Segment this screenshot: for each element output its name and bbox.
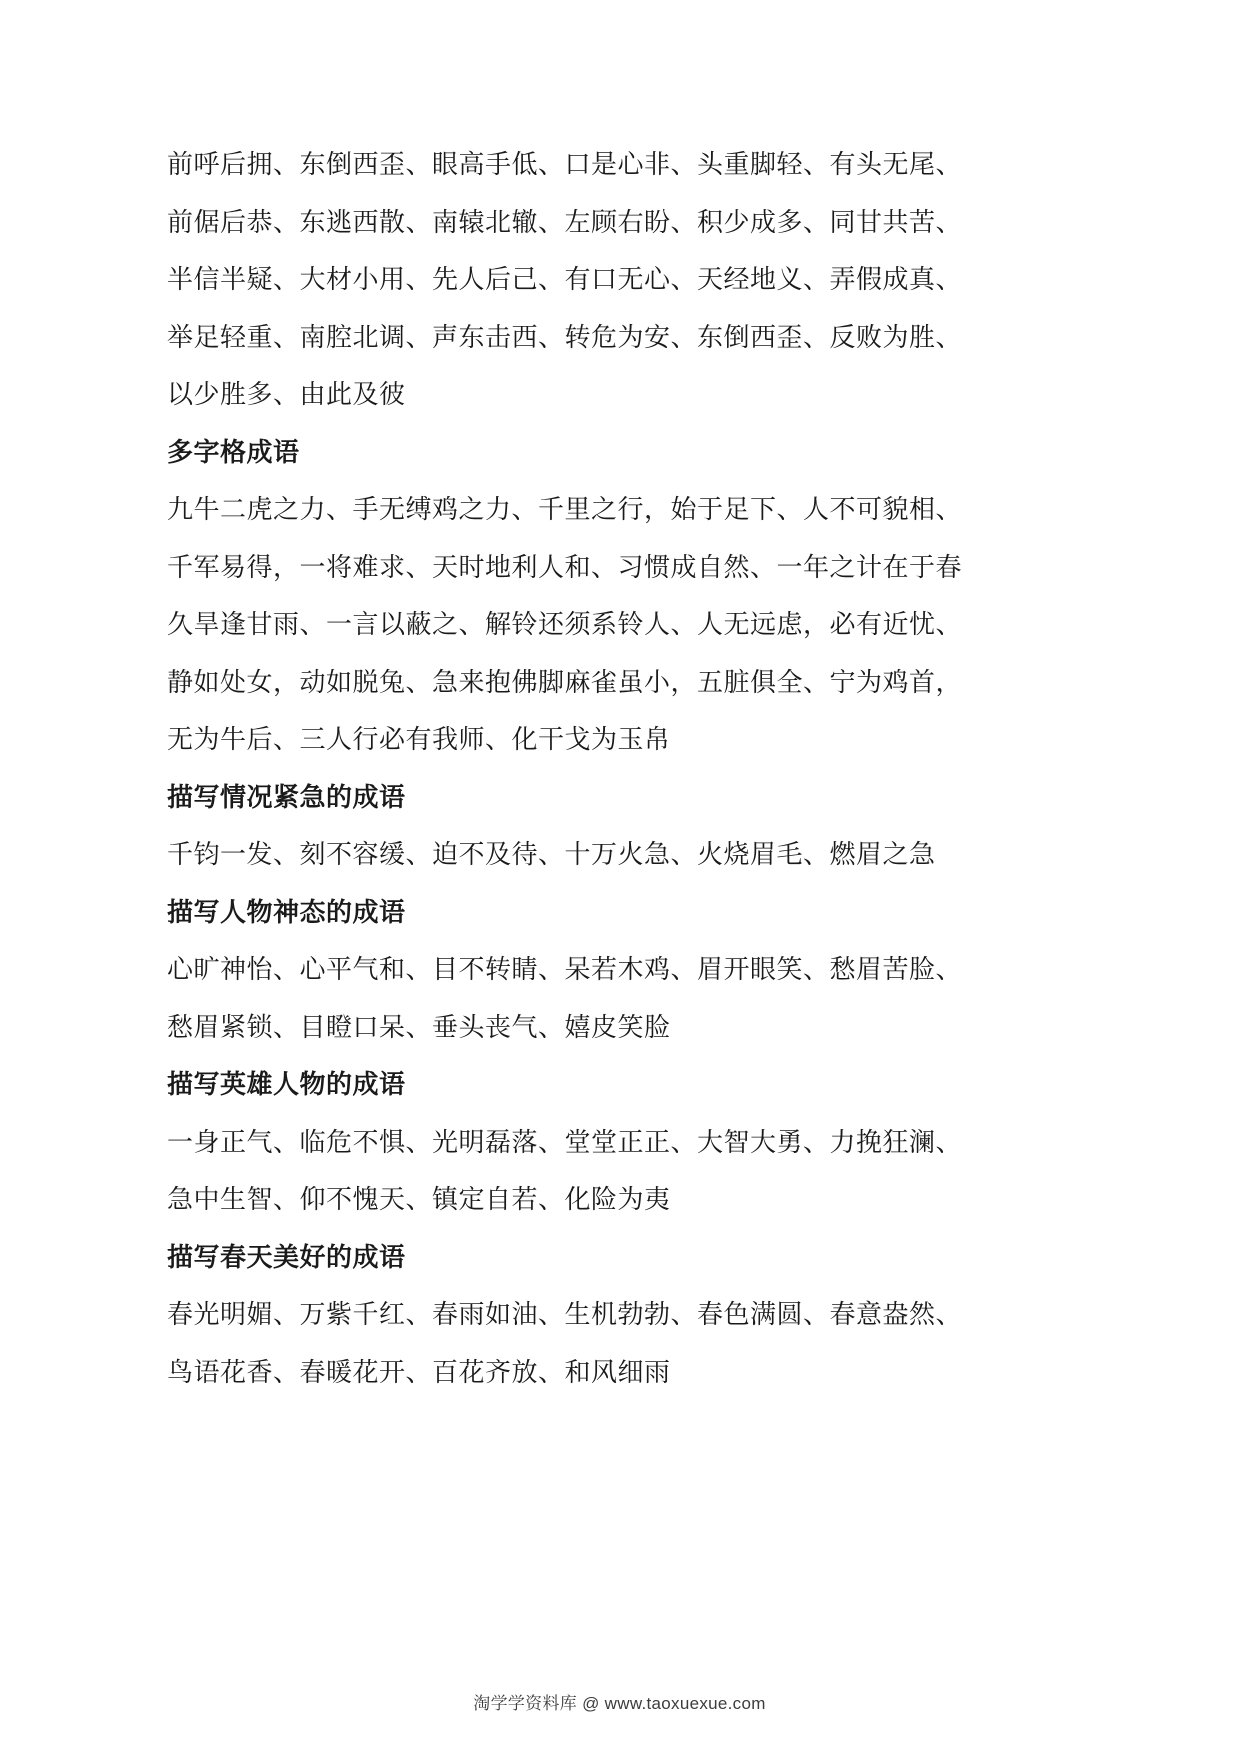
section-header: 描写英雄人物的成语 bbox=[167, 1056, 967, 1114]
idiom-line: 前倨后恭、东逃西散、南辕北辙、左顾右盼、积少成多、同甘共苦、 bbox=[167, 194, 967, 252]
idiom-line: 久旱逢甘雨、一言以蔽之、解铃还须系铃人、人无远虑，必有近忧、 bbox=[167, 596, 967, 654]
idiom-line: 愁眉紧锁、目瞪口呆、垂头丧气、嬉皮笑脸 bbox=[167, 999, 967, 1057]
idiom-line: 静如处女，动如脱兔、急来抱佛脚麻雀虽小，五脏俱全、宁为鸡首， bbox=[167, 654, 967, 712]
section-header: 多字格成语 bbox=[167, 424, 967, 482]
idiom-line: 千军易得，一将难求、天时地利人和、习惯成自然、一年之计在于春 bbox=[167, 539, 967, 597]
idiom-line: 无为牛后、三人行必有我师、化干戈为玉帛 bbox=[167, 711, 967, 769]
section-header: 描写春天美好的成语 bbox=[167, 1229, 967, 1287]
idiom-line: 春光明媚、万紫千红、春雨如油、生机勃勃、春色满圆、春意盎然、 bbox=[167, 1286, 967, 1344]
idiom-line: 鸟语花香、春暖花开、百花齐放、和风细雨 bbox=[167, 1344, 967, 1402]
section-header: 描写情况紧急的成语 bbox=[167, 769, 967, 827]
idiom-line: 九牛二虎之力、手无缚鸡之力、千里之行，始于足下、人不可貌相、 bbox=[167, 481, 967, 539]
idiom-line: 举足轻重、南腔北调、声东击西、转危为安、东倒西歪、反败为胜、 bbox=[167, 309, 967, 367]
idiom-line: 一身正气、临危不惧、光明磊落、堂堂正正、大智大勇、力挽狂澜、 bbox=[167, 1114, 967, 1172]
idiom-list-content: 前呼后拥、东倒西歪、眼高手低、口是心非、头重脚轻、有头无尾、前倨后恭、东逃西散、… bbox=[167, 136, 967, 1401]
idiom-line: 千钧一发、刻不容缓、迫不及待、十万火急、火烧眉毛、燃眉之急 bbox=[167, 826, 967, 884]
footer-watermark: 淘学学资料库 @ www.taoxuexue.com bbox=[0, 1689, 1239, 1714]
idiom-line: 急中生智、仰不愧天、镇定自若、化险为夷 bbox=[167, 1171, 967, 1229]
document-page: 前呼后拥、东倒西歪、眼高手低、口是心非、头重脚轻、有头无尾、前倨后恭、东逃西散、… bbox=[0, 0, 1239, 1752]
idiom-line: 心旷神怡、心平气和、目不转睛、呆若木鸡、眉开眼笑、愁眉苦脸、 bbox=[167, 941, 967, 999]
idiom-line: 半信半疑、大材小用、先人后己、有口无心、天经地义、弄假成真、 bbox=[167, 251, 967, 309]
section-header: 描写人物神态的成语 bbox=[167, 884, 967, 942]
idiom-line: 前呼后拥、东倒西歪、眼高手低、口是心非、头重脚轻、有头无尾、 bbox=[167, 136, 967, 194]
idiom-line: 以少胜多、由此及彼 bbox=[167, 366, 967, 424]
